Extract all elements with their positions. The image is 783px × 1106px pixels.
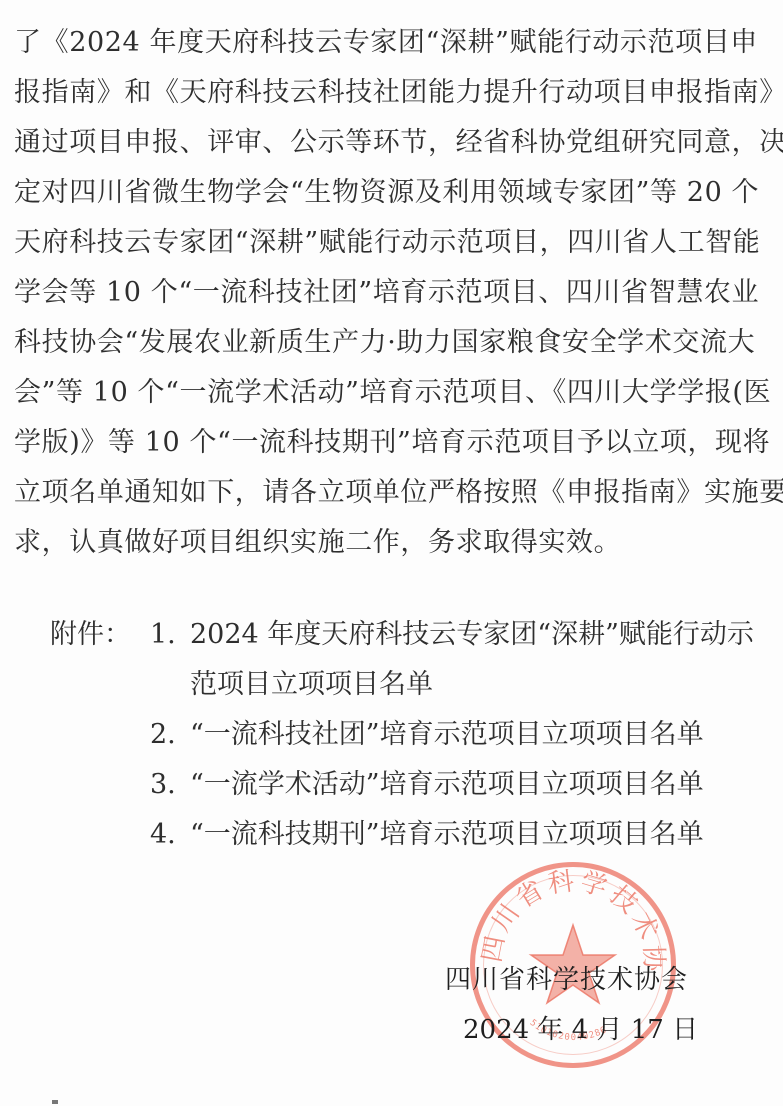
attachment-number: 2. [150,710,176,760]
body-line: 会”等 10 个“一流学术活动”培育示范项目、《四川大学学报(医 [14,368,759,418]
attachment-title: 2024 年度天府科技云专家团“深耕”赋能行动示 [190,610,754,660]
body-line: 科技协会“发展农业新质生产力·助力国家粮食安全学术交流大 [14,318,759,368]
document-page: 了《2024 年度天府科技云专家团“深耕”赋能行动示范项目申 报指南》和《天府科… [0,0,783,1106]
body-line: 学会等 10 个“一流科技社团”培育示范项目、四川省智慧农业 [14,268,759,318]
attachment-title: “一流科技期刊”培育示范项目立项项目名单 [190,810,704,860]
attachment-number: 4. [150,810,176,860]
body-line: 天府科技云专家团“深耕”赋能行动示范项目，四川省人工智能 [14,218,759,268]
attachments-label: 附件： [50,610,131,660]
attachment-title: “一流科技社团”培育示范项目立项项目名单 [190,710,704,760]
attachment-number: 1. [150,610,176,660]
body-line: 了《2024 年度天府科技云专家团“深耕”赋能行动示范项目申 [14,18,759,68]
body-line: 学版)》等 10 个“一流科技期刊”培育示范项目予以立项，现将 [14,418,759,468]
scan-artifact [52,1100,58,1104]
issue-date: 2024 年 4 月 17 日 [445,1005,745,1055]
attachment-item-2: 2. “一流科技社团”培育示范项目立项项目名单 [50,710,770,760]
body-line: 求，认真做好项目组织实施二作，务求取得实效。 [14,518,759,568]
attachment-item-1-continuation: 范项目立项项目名单 [50,660,770,710]
attachment-item-3: 3. “一流学术活动”培育示范项目立项项目名单 [50,760,770,810]
body-line: 立项名单通知如下，请各立项单位严格按照《申报指南》实施要 [14,468,759,518]
attachment-title-continuation: 范项目立项项目名单 [190,660,433,710]
issuing-organization: 四川省科学技术协会 [445,955,745,1005]
attachments-list: 附件： 1. 2024 年度天府科技云专家团“深耕”赋能行动示 范项目立项项目名… [50,610,770,860]
body-paragraph: 了《2024 年度天府科技云专家团“深耕”赋能行动示范项目申 报指南》和《天府科… [14,18,759,568]
signature-block: 四川省科学技术协会 2024 年 4 月 17 日 [445,955,745,1055]
attachment-number: 3. [150,760,176,810]
body-line: 定对四川省微生物学会“生物资源及利用领域专家团”等 20 个 [14,168,759,218]
body-line: 通过项目申报、评审、公示等环节，经省科协党组研究同意，决 [14,118,759,168]
attachment-title: “一流学术活动”培育示范项目立项项目名单 [190,760,704,810]
attachment-item-4: 4. “一流科技期刊”培育示范项目立项项目名单 [50,810,770,860]
body-line: 报指南》和《天府科技云科技社团能力提升行动项目申报指南》, [14,68,759,118]
attachment-item-1: 附件： 1. 2024 年度天府科技云专家团“深耕”赋能行动示 [50,610,770,660]
